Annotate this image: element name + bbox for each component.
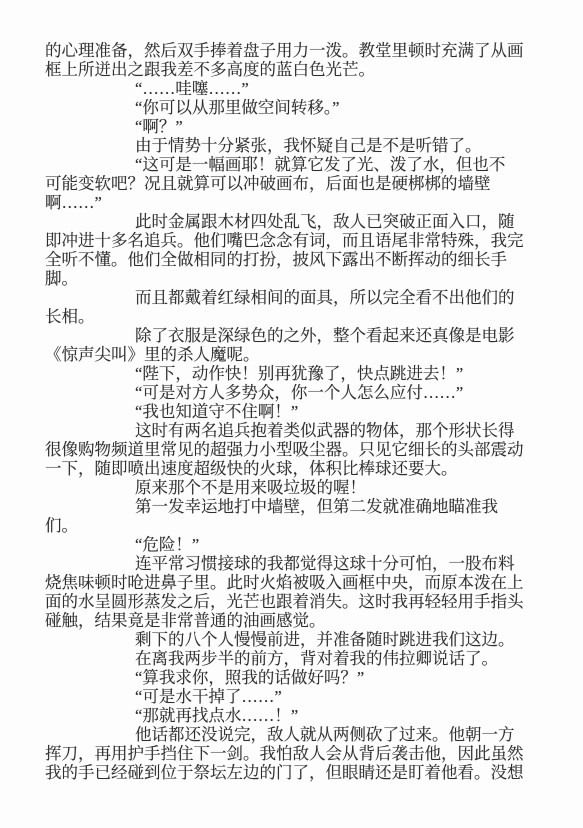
text-line: “可是对方人多势众，你一个人怎么应付……” <box>45 383 545 402</box>
text-line: “……哇噻……” <box>45 79 545 98</box>
text-line: 由于情势十分紧张，我怀疑自己是不是听错了。 <box>45 136 545 155</box>
novel-scan-page: 的心理准备，然后双手捧着盘子用力一泼。教堂里顿时充满了从画框上所迸出之跟我差不多… <box>0 0 583 828</box>
text-line: 而且都戴着红绿相间的面具，所以完全看不出他们的 <box>45 288 545 307</box>
text-line: 即冲进十多名追兵。他们嘴巴念念有词，而且语尾非常特殊，我完 <box>45 231 545 250</box>
text-block: 的心理准备，然后双手捧着盘子用力一泼。教堂里顿时充满了从画框上所迸出之跟我差不多… <box>45 41 545 782</box>
text-line: 长相。 <box>45 307 545 326</box>
text-line: 这时有两名追兵抱着类似武器的物体，那个形状长得 <box>45 421 545 440</box>
text-line: “那就再找点水……！” <box>45 706 545 725</box>
text-line: “我也知道守不住啊！” <box>45 402 545 421</box>
text-line: 很像购物频道里常见的超强力小型吸尘器。只见它细长的头部震动 <box>45 440 545 459</box>
text-line: 碰触，结果竟是非常普通的油画感觉。 <box>45 611 545 630</box>
text-line: “啊？” <box>45 117 545 136</box>
text-line: 们。 <box>45 516 545 535</box>
text-line: 在离我两步半的前方，背对着我的伟拉卿说话了。 <box>45 649 545 668</box>
text-line: 烧焦味顿时呛进鼻子里。此时火焰被吸入画框中央，而原本泼在上 <box>45 573 545 592</box>
text-line: “可是水干掉了……” <box>45 687 545 706</box>
text-line: “危险！” <box>45 535 545 554</box>
text-line: 框上所迸出之跟我差不多高度的蓝白色光芒。 <box>45 60 545 79</box>
text-line: “你可以从那里做空间转移。” <box>45 98 545 117</box>
text-line: 啊……” <box>45 193 545 212</box>
text-line: 此时金属跟木材四处乱飞，敌人已突破正面入口，随 <box>45 212 545 231</box>
text-line: 可能变软吧？况且就算可以冲破画布，后面也是硬梆梆的墙壁 <box>45 174 545 193</box>
text-line: 第一发幸运地打中墙壁，但第二发就准确地瞄准我 <box>45 497 545 516</box>
text-line: 他话都还没说完，敌人就从两侧砍了过来。他朝一方 <box>45 725 545 744</box>
text-line: 挥刀，再用护手挡住下一剑。我怕敌人会从背后袭击他，因此虽然 <box>45 744 545 763</box>
text-line: 剩下的八个人慢慢前进，并准备随时跳进我们这边。 <box>45 630 545 649</box>
text-line: 《惊声尖叫》里的杀人魔呢。 <box>45 345 545 364</box>
text-line: “这可是一幅画耶！就算它发了光、泼了水，但也不 <box>45 155 545 174</box>
text-line: “算我求你，照我的话做好吗？” <box>45 668 545 687</box>
text-line: 全听不懂。他们全做相同的打扮，披风下露出不断挥动的细长手 <box>45 250 545 269</box>
text-line: “陛下，动作快！别再犹豫了，快点跳进去！” <box>45 364 545 383</box>
text-line: 面的水呈圆形蒸发之后，光芒也跟着消失。这时我再轻轻用手指头 <box>45 592 545 611</box>
text-line: 一下，随即喷出速度超级快的火球，体积比棒球还要大。 <box>45 459 545 478</box>
text-line: 原来那个不是用来吸垃圾的喔！ <box>45 478 545 497</box>
text-line: 连平常习惯接球的我都觉得这球十分可怕，一股布料 <box>45 554 545 573</box>
text-line: 我的手已经碰到位于祭坛左边的门了，但眼睛还是盯着他看。没想 <box>45 763 545 782</box>
text-line: 的心理准备，然后双手捧着盘子用力一泼。教堂里顿时充满了从画 <box>45 41 545 60</box>
text-line: 脚。 <box>45 269 545 288</box>
text-line: 除了衣服是深绿色的之外，整个看起来还真像是电影 <box>45 326 545 345</box>
